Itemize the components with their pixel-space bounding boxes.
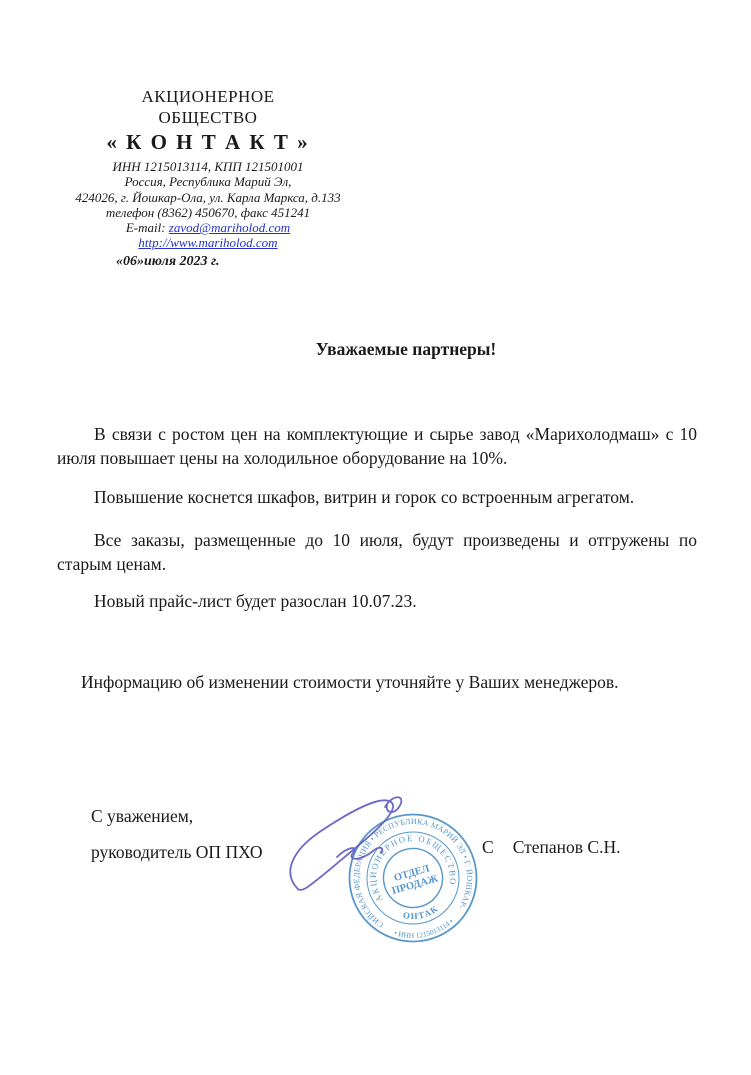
letter-date: «06»июля 2023 г. bbox=[116, 254, 220, 270]
country-line: Россия, Республика Марий Эл, bbox=[38, 174, 378, 189]
paragraph-price-increase: В связи с ростом цен на комплектующие и … bbox=[57, 423, 697, 470]
email-line: E-mail: zavod@mariholod.com bbox=[38, 220, 378, 235]
letterhead-details: ИНН 1215013114, КПП 121501001 Россия, Ре… bbox=[38, 159, 378, 251]
signature-loop bbox=[290, 800, 393, 890]
handwritten-signature bbox=[281, 789, 426, 904]
org-name-line1: АКЦИОНЕРНОЕ bbox=[38, 86, 378, 107]
email-label: E-mail: bbox=[126, 220, 169, 235]
phone-fax-line: телефон (8362) 450670, факс 451241 bbox=[38, 205, 378, 220]
org-name-kontakt: « К О Н Т А К Т » bbox=[38, 129, 378, 156]
paragraph-managers-info: Информацию об изменении стоимости уточня… bbox=[57, 671, 697, 695]
email-link[interactable]: zavod@mariholod.com bbox=[169, 220, 290, 235]
salutation: Уважаемые партнеры! bbox=[107, 339, 705, 360]
paragraph-pricelist: Новый прайс-лист будет разослан 10.07.23… bbox=[57, 590, 697, 614]
inn-kpp-line: ИНН 1215013114, КПП 121501001 bbox=[38, 159, 378, 174]
signatory-name: Степанов С.Н. bbox=[513, 837, 621, 857]
website-link[interactable]: http://www.mariholod.com bbox=[138, 235, 277, 250]
website-line: http://www.mariholod.com bbox=[38, 235, 378, 250]
paragraph-scope: Повышение коснется шкафов, витрин и горо… bbox=[57, 486, 697, 510]
closing-position: руководитель ОП ПХО bbox=[91, 842, 262, 863]
address-line: 424026, г. Йошкар-Ола, ул. Карла Маркса,… bbox=[38, 190, 378, 205]
signature-graphic bbox=[281, 789, 426, 904]
letterhead: АКЦИОНЕРНОЕ ОБЩЕСТВО « К О Н Т А К Т » И… bbox=[38, 86, 378, 251]
closing-regards: С уважением, bbox=[91, 806, 193, 827]
letter-page: АКЦИОНЕРНОЕ ОБЩЕСТВО « К О Н Т А К Т » И… bbox=[0, 0, 751, 1075]
paragraph-old-orders: Все заказы, размещенные до 10 июля, буду… bbox=[57, 529, 697, 576]
org-name-line2: ОБЩЕСТВО bbox=[38, 107, 378, 128]
signatory-name-row: ССтепанов С.Н. bbox=[482, 837, 621, 858]
